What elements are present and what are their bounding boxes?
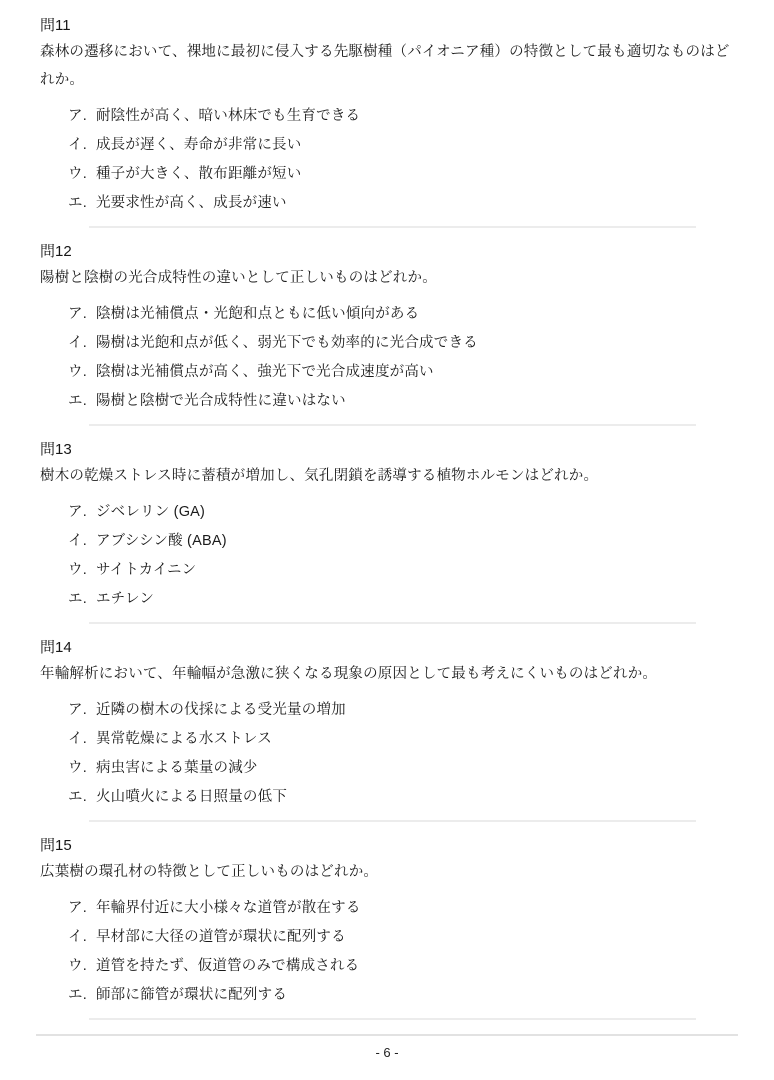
- option-text: 陽樹は光飽和点が低く、弱光下でも効率的に光合成できる: [96, 335, 478, 351]
- option-row-a: ア.耐陰性が高く、暗い林床でも生育できる: [68, 102, 734, 131]
- option-text: 光要求性が高く、成長が速い: [96, 195, 287, 211]
- option-row-u: ウ.陰樹は光補償点が高く、強光下で光合成速度が高い: [68, 358, 734, 387]
- option-text: アブシシン酸 (ABA): [96, 533, 227, 549]
- question-number: 問15: [40, 834, 734, 858]
- question-text: 樹木の乾燥ストレス時に蓄積が増加し、気孔閉鎖を誘導する植物ホルモンはどれか。: [40, 462, 734, 490]
- option-row-u: ウ.サイトカイニン: [68, 556, 734, 585]
- option-row-i: イ.陽樹は光飽和点が低く、弱光下でも効率的に光合成できる: [68, 329, 734, 358]
- question-list: 問11 森林の遷移において、裸地に最初に侵入する先駆樹種（パイオニア種）の特徴と…: [0, 0, 774, 1020]
- question-options: ア.近隣の樹木の伐採による受光量の増加 イ.異常乾燥による水ストレス ウ.病虫害…: [40, 696, 734, 812]
- option-row-u: ウ.種子が大きく、散布距離が短い: [68, 160, 734, 189]
- question-divider: [89, 622, 696, 624]
- option-row-e: エ.師部に篩管が環状に配列する: [68, 981, 734, 1010]
- option-label: ウ.: [68, 364, 87, 380]
- option-text: 道管を持たず、仮道管のみで構成される: [96, 958, 359, 974]
- option-label: ア.: [68, 306, 87, 322]
- option-row-i: イ.アブシシン酸 (ABA): [68, 527, 734, 556]
- question-options: ア.年輪界付近に大小様々な道管が散在する イ.早材部に大径の道管が環状に配列する…: [40, 894, 734, 1010]
- option-row-a: ア.陰樹は光補償点・光飽和点ともに低い傾向がある: [68, 300, 734, 329]
- option-text: サイトカイニン: [96, 562, 196, 578]
- option-label: ウ.: [68, 166, 87, 182]
- option-row-i: イ.異常乾燥による水ストレス: [68, 725, 734, 754]
- option-label: イ.: [68, 929, 87, 945]
- page-footer: - 6 -: [0, 1034, 774, 1080]
- question-text: 年輪解析において、年輪幅が急激に狭くなる現象の原因として最も考えにくいものはどれ…: [40, 660, 734, 688]
- option-label: イ.: [68, 137, 87, 153]
- option-row-e: エ.陽樹と陰樹で光合成特性に違いはない: [68, 387, 734, 416]
- question-divider: [89, 1018, 696, 1020]
- question-options: ア.陰樹は光補償点・光飽和点ともに低い傾向がある イ.陽樹は光飽和点が低く、弱光…: [40, 300, 734, 416]
- question-divider: [89, 226, 696, 228]
- page-number: - 6 -: [0, 1045, 774, 1061]
- option-row-u: ウ.道管を持たず、仮道管のみで構成される: [68, 952, 734, 981]
- question-number: 問12: [40, 240, 734, 264]
- option-label: ウ.: [68, 958, 87, 974]
- option-text: 火山噴火による日照量の低下: [96, 789, 287, 805]
- question-number: 問11: [40, 14, 734, 38]
- option-text: 早材部に大径の道管が環状に配列する: [96, 929, 346, 945]
- option-label: イ.: [68, 731, 87, 747]
- question-number: 問13: [40, 438, 734, 462]
- option-label: エ.: [68, 195, 87, 211]
- question-block-14: 問14 年輪解析において、年輪幅が急激に狭くなる現象の原因として最も考えにくいも…: [40, 636, 734, 822]
- question-divider: [89, 424, 696, 426]
- question-text: 陽樹と陰樹の光合成特性の違いとして正しいものはどれか。: [40, 264, 734, 292]
- question-block-15: 問15 広葉樹の環孔材の特徴として正しいものはどれか。 ア.年輪界付近に大小様々…: [40, 834, 734, 1020]
- option-label: エ.: [68, 393, 87, 409]
- option-label: エ.: [68, 591, 87, 607]
- footer-divider: [36, 1034, 738, 1036]
- option-label: ア.: [68, 504, 87, 520]
- option-text: 陰樹は光補償点・光飽和点ともに低い傾向がある: [96, 306, 419, 322]
- question-number: 問14: [40, 636, 734, 660]
- option-row-i: イ.成長が遅く、寿命が非常に長い: [68, 131, 734, 160]
- option-row-a: ア.年輪界付近に大小様々な道管が散在する: [68, 894, 734, 923]
- option-label: イ.: [68, 335, 87, 351]
- option-text: 耐陰性が高く、暗い林床でも生育できる: [96, 108, 360, 124]
- option-text: 異常乾燥による水ストレス: [96, 731, 272, 747]
- option-text: 年輪界付近に大小様々な道管が散在する: [96, 900, 361, 916]
- option-label: ア.: [68, 108, 87, 124]
- option-row-e: エ.エチレン: [68, 585, 734, 614]
- option-label: エ.: [68, 987, 87, 1003]
- option-text: 陽樹と陰樹で光合成特性に違いはない: [96, 393, 346, 409]
- option-text: 近隣の樹木の伐採による受光量の増加: [96, 702, 346, 718]
- option-label: ア.: [68, 702, 87, 718]
- exam-page: 問11 森林の遷移において、裸地に最初に侵入する先駆樹種（パイオニア種）の特徴と…: [0, 0, 774, 1080]
- option-text: 種子が大きく、散布距離が短い: [96, 166, 302, 182]
- option-row-u: ウ.病虫害による葉量の減少: [68, 754, 734, 783]
- option-text: ジベレリン (GA): [96, 504, 205, 520]
- option-text: 病虫害による葉量の減少: [96, 760, 258, 776]
- option-label: ア.: [68, 900, 87, 916]
- option-row-a: ア.ジベレリン (GA): [68, 498, 734, 527]
- option-row-i: イ.早材部に大径の道管が環状に配列する: [68, 923, 734, 952]
- option-label: ウ.: [68, 562, 87, 578]
- option-row-e: エ.光要求性が高く、成長が速い: [68, 189, 734, 218]
- option-text: 師部に篩管が環状に配列する: [96, 987, 287, 1003]
- question-divider: [89, 820, 696, 822]
- option-text: 陰樹は光補償点が高く、強光下で光合成速度が高い: [96, 364, 434, 380]
- question-text: 広葉樹の環孔材の特徴として正しいものはどれか。: [40, 858, 734, 886]
- question-options: ア.耐陰性が高く、暗い林床でも生育できる イ.成長が遅く、寿命が非常に長い ウ.…: [40, 102, 734, 218]
- option-label: エ.: [68, 789, 87, 805]
- option-row-e: エ.火山噴火による日照量の低下: [68, 783, 734, 812]
- question-options: ア.ジベレリン (GA) イ.アブシシン酸 (ABA) ウ.サイトカイニン エ.…: [40, 498, 734, 614]
- question-block-11: 問11 森林の遷移において、裸地に最初に侵入する先駆樹種（パイオニア種）の特徴と…: [40, 14, 734, 228]
- option-text: エチレン: [96, 591, 154, 607]
- option-label: イ.: [68, 533, 87, 549]
- question-text: 森林の遷移において、裸地に最初に侵入する先駆樹種（パイオニア種）の特徴として最も…: [40, 38, 734, 94]
- option-row-a: ア.近隣の樹木の伐採による受光量の増加: [68, 696, 734, 725]
- option-label: ウ.: [68, 760, 87, 776]
- question-block-12: 問12 陽樹と陰樹の光合成特性の違いとして正しいものはどれか。 ア.陰樹は光補償…: [40, 240, 734, 426]
- question-block-13: 問13 樹木の乾燥ストレス時に蓄積が増加し、気孔閉鎖を誘導する植物ホルモンはどれ…: [40, 438, 734, 624]
- option-text: 成長が遅く、寿命が非常に長い: [96, 137, 302, 153]
